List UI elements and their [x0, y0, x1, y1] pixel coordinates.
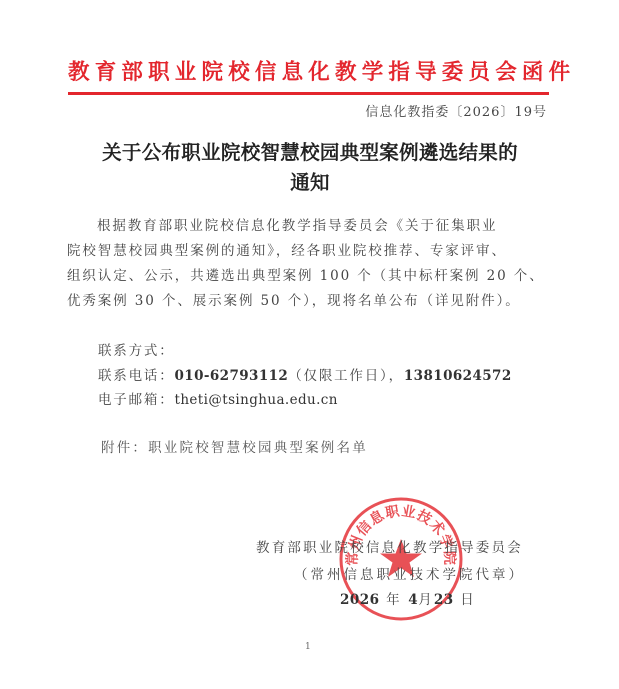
- mobile-value: 13810624572: [404, 368, 512, 384]
- notice-body: 根据教育部职业院校信息化教学指导委员会《关于征集职业 院校智慧校园典型案例的通知…: [67, 214, 555, 314]
- email-label: 电子邮箱：: [98, 392, 175, 408]
- phone-value: 010-62793112: [175, 368, 289, 384]
- date-day-unit: 日: [460, 592, 476, 608]
- page-number: 1: [305, 642, 311, 652]
- seal-text: 常州信息职业技术学院: [344, 502, 458, 566]
- signature-seal-note: （常州信息职业技术学院代章）: [294, 563, 525, 583]
- date-month: 4: [408, 592, 418, 608]
- date-year: 2026: [340, 592, 380, 608]
- document-number: 信息化教指委〔2026〕19号: [365, 101, 547, 120]
- attachment-value: 职业院校智慧校园典型案例名单: [148, 440, 368, 456]
- date-year-unit: 年: [386, 592, 402, 608]
- contact-block: 联系方式： 联系电话：010-62793112（仅限工作日），138106245…: [98, 339, 512, 413]
- contact-email-row: 电子邮箱：theti@tsinghua.edu.cn: [98, 388, 512, 413]
- svg-text:常州信息职业技术学院: 常州信息职业技术学院: [344, 502, 458, 566]
- signature-date: 2026 年 4月23 日: [340, 588, 476, 608]
- body-line-4: 优秀案例 30 个、展示案例 50 个），现将名单公布（详见附件）。: [67, 289, 555, 314]
- body-line-3: 组织认定、公示，共遴选出典型案例 100 个（其中标杆案例 20 个、: [67, 264, 555, 289]
- notice-title: 关于公布职业院校智慧校园典型案例遴选结果的 通知: [60, 138, 560, 198]
- letterhead-red-rule: [68, 92, 549, 95]
- date-day: 23: [434, 592, 454, 608]
- attachment-line: 附件：职业院校智慧校园典型案例名单: [101, 436, 368, 456]
- email-value: theti@tsinghua.edu.cn: [175, 392, 338, 408]
- signature-organization: 教育部职业院校信息化教学指导委员会: [256, 536, 523, 556]
- phone-label: 联系电话：: [98, 368, 175, 384]
- body-line-1: 根据教育部职业院校信息化教学指导委员会《关于征集职业: [67, 214, 555, 239]
- attachment-label: 附件：: [101, 440, 148, 456]
- phone-note: （仅限工作日），: [288, 368, 404, 384]
- contact-heading: 联系方式：: [98, 339, 512, 364]
- notice-title-line-1: 关于公布职业院校智慧校园典型案例遴选结果的: [60, 138, 560, 168]
- notice-title-line-2: 通知: [60, 168, 560, 198]
- date-month-unit: 月: [418, 592, 434, 608]
- contact-phone-row: 联系电话：010-62793112（仅限工作日），13810624572: [98, 364, 512, 389]
- body-line-2: 院校智慧校园典型案例的通知》，经各职业院校推荐、专家评审、: [67, 239, 555, 264]
- letterhead-issuer: 教育部职业院校信息化教学指导委员会函件: [68, 58, 550, 88]
